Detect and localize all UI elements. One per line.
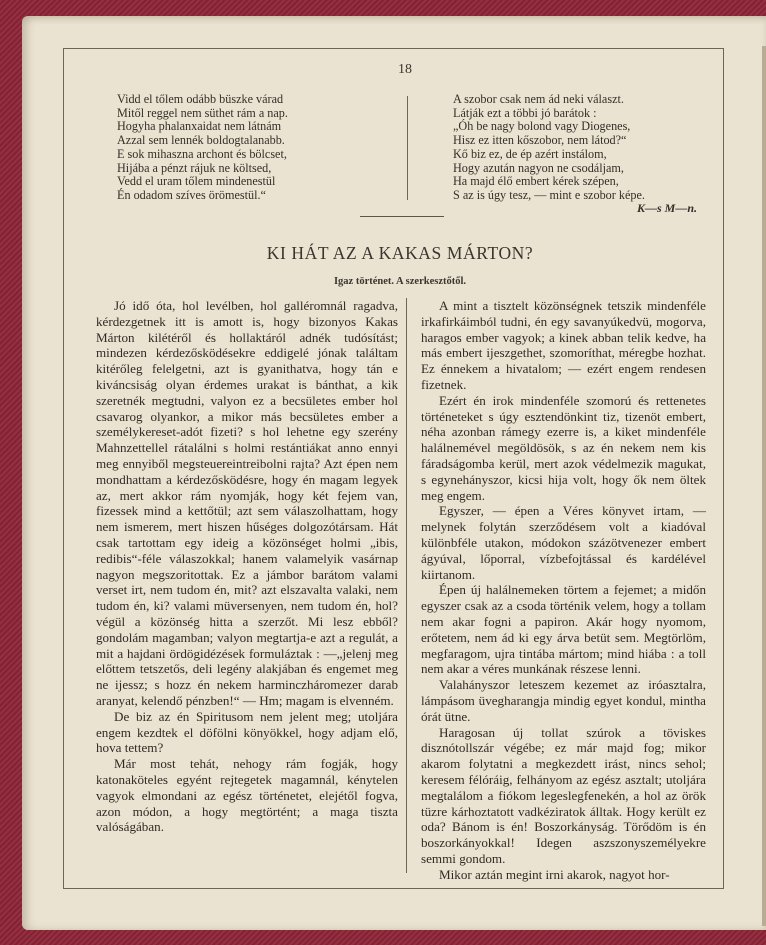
article-paragraph: Már most tehát, nehogy rám fogják, hogy …: [96, 756, 398, 835]
article-title: KI HÁT AZ A KAKAS MÁRTON?: [200, 243, 600, 264]
poem-line: Vedd el uram tőlem mindenestül: [117, 175, 288, 189]
page-edge: [762, 46, 766, 926]
poem-line: E sok mihaszna archont és bölcset,: [117, 148, 288, 162]
poem-line: Azzal sem lennék boldogtalanabb.: [117, 134, 288, 148]
poem-right-column: A szobor csak nem ád neki választ. Látjá…: [453, 93, 645, 203]
article-paragraph: A mint a tisztelt közönségnek tetszik mi…: [421, 298, 706, 393]
poem-line: Kő biz ez, de ép azért instálom,: [453, 148, 645, 162]
poem-line: A szobor csak nem ád neki választ.: [453, 93, 645, 107]
section-divider: [360, 216, 444, 217]
poem-line: Mitől reggel nem süthet rám a nap.: [117, 107, 288, 121]
poem-line: Ha majd élő embert kérek szépen,: [453, 175, 645, 189]
article-right-column: A mint a tisztelt közönségnek tetszik mi…: [421, 298, 706, 882]
poem-line: Én odadom szíves örömestül.“: [117, 189, 288, 203]
poem-left-column: Vidd el tőlem odább büszke várad Mitől r…: [117, 93, 288, 203]
article-paragraph: Mikor aztán megint irni akarok, nagyot h…: [421, 867, 706, 883]
article-paragraph: De biz az én Spiritusom nem jelent meg; …: [96, 709, 398, 756]
article-paragraph: Épen új halálnemeken törtem a fejemet; a…: [421, 582, 706, 677]
poem-column-divider: [407, 96, 408, 200]
article-paragraph: Ezért én irok mindenféle szomorú és rett…: [421, 393, 706, 504]
poem-line: Látják ezt a többi jó barátok :: [453, 107, 645, 121]
poem-line: „Óh be nagy bolond vagy Diogenes,: [453, 120, 645, 134]
page-number: 18: [395, 62, 415, 78]
article-paragraph: Haragosan új tollat szúrok a töviskes di…: [421, 725, 706, 867]
article-left-column: Jó idő óta, hol levélben, hol galléromná…: [96, 298, 398, 835]
article-paragraph: Jó idő óta, hol levélben, hol galléromná…: [96, 298, 398, 709]
poem-line: Vidd el tőlem odább büszke várad: [117, 93, 288, 107]
poem-line: Hisz ez itten kőszobor, nem látod?“: [453, 134, 645, 148]
poem-line: Hogy azután nagyon ne csodáljam,: [453, 162, 645, 176]
article-paragraph: Valahányszor leteszem kezemet az iróaszt…: [421, 677, 706, 724]
article-subtitle: Igaz történet. A szerkesztőtől.: [250, 276, 550, 287]
poem-line: Hijába a pénzt rájuk ne költsed,: [117, 162, 288, 176]
article-paragraph: Egyszer, — épen a Véres könyvet irtam, —…: [421, 503, 706, 582]
poem-signature: K—s M—n.: [560, 201, 697, 216]
poem-line: Hogyha phalanxaidat nem látnám: [117, 120, 288, 134]
article-column-divider: [406, 298, 407, 873]
